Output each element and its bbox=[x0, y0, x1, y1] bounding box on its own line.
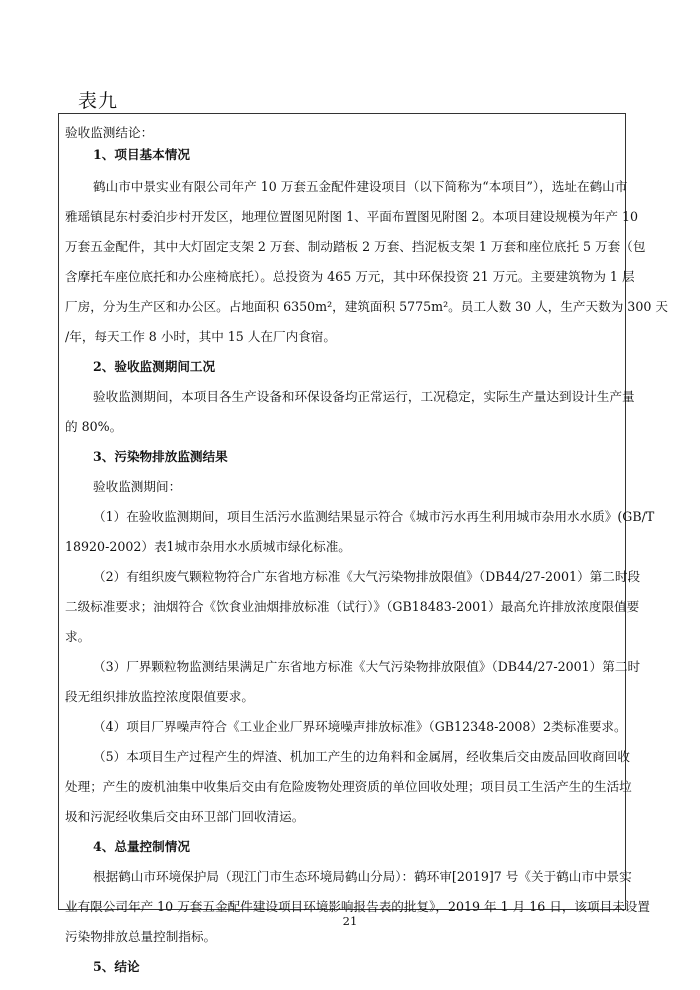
section-heading: 3、污染物排放监测结果 bbox=[93, 446, 228, 465]
section-heading: 2、验收监测期间工况 bbox=[93, 356, 215, 375]
paragraph-line: 含摩托车座位底托和办公座椅底托）。总投资为 465 万元，其中环保投资 21 万… bbox=[65, 266, 635, 285]
paragraph-line: 污染物排放总量控制指标。 bbox=[65, 926, 216, 945]
paragraph-line: 万套五金配件，其中大灯固定支架 2 万套、制动踏板 2 万套、挡泥板支架 1 万… bbox=[65, 236, 645, 255]
paragraph-line: （2）有组织废气颗粒物符合广东省地方标准《大气污染物排放限值》（DB44/27-… bbox=[93, 566, 640, 585]
paragraph-line: 18920-2002）表1城市杂用水水质城市绿化标准。 bbox=[65, 536, 351, 555]
paragraph-line: 鹤山市中景实业有限公司年产 10 万套五金配件建设项目（以下简称为“本项目”），… bbox=[93, 176, 627, 195]
paragraph-line: （1）在验收监测期间，项目生活污水监测结果显示符合《城市污水再生利用城市杂用水水… bbox=[93, 506, 654, 525]
paragraph-line: 验收监测期间，本项目各生产设备和环保设备均正常运行，工况稳定，实际生产量达到设计… bbox=[93, 386, 635, 405]
paragraph-line: 根据鹤山市环境保护局（现江门市生态环境局鹤山分局）：鹤环审[2019]7 号《关… bbox=[93, 866, 632, 885]
paragraph-line: /年，每天工作 8 小时，其中 15 人在厂内食宿。 bbox=[65, 326, 336, 345]
section-heading: 4、总量控制情况 bbox=[93, 836, 190, 855]
paragraph-line: 二级标准要求；油烟符合《饮食业油烟排放标准（试行）》（GB18483-2001）… bbox=[65, 596, 639, 615]
paragraph-line: 雅瑶镇昆东村委泊步村开发区，地理位置图见附图 1、平面布置图见附图 2。本项目建… bbox=[65, 206, 638, 225]
paragraph-line: 处理；产生的废机油集中收集后交由有危险废物处理资质的单位回收处理；项目员工生活产… bbox=[65, 776, 632, 795]
paragraph-line: 的 80%。 bbox=[65, 416, 122, 435]
paragraph-line: 厂房，分为生产区和办公区。占地面积 6350m²，建筑面积 5775m²。员工人… bbox=[65, 296, 668, 315]
paragraph-line: 求。 bbox=[65, 626, 90, 645]
box-label: 验收监测结论： bbox=[65, 122, 153, 141]
paragraph-line: 业有限公司年产 10 万套五金配件建设项目环境影响报告表的批复》，2019 年 … bbox=[65, 896, 650, 915]
page-number: 21 bbox=[0, 914, 700, 928]
section-heading: 5、结论 bbox=[93, 956, 140, 975]
paragraph-line: （3）厂界颗粒物监测结果满足广东省地方标准《大气污染物排放限值》（DB44/27… bbox=[93, 656, 640, 675]
paragraph-line: 段无组织排放监控浓度限值要求。 bbox=[65, 686, 254, 705]
paragraph-line: 圾和污泥经收集后交由环卫部门回收清运。 bbox=[65, 806, 304, 825]
table-title: 表九 bbox=[78, 86, 118, 113]
paragraph-line: （5）本项目生产过程产生的焊渣、机加工产生的边角料和金属屑，经收集后交由废品回收… bbox=[93, 746, 630, 765]
paragraph-line: 验收监测期间： bbox=[93, 476, 181, 495]
conclusion-box: 验收监测结论： 1、项目基本情况鹤山市中景实业有限公司年产 10 万套五金配件建… bbox=[58, 113, 626, 910]
section-heading: 1、项目基本情况 bbox=[93, 144, 190, 163]
paragraph-line: （4）项目厂界噪声符合《工业企业厂界环境噪声排放标准》（GB12348-2008… bbox=[93, 716, 627, 735]
